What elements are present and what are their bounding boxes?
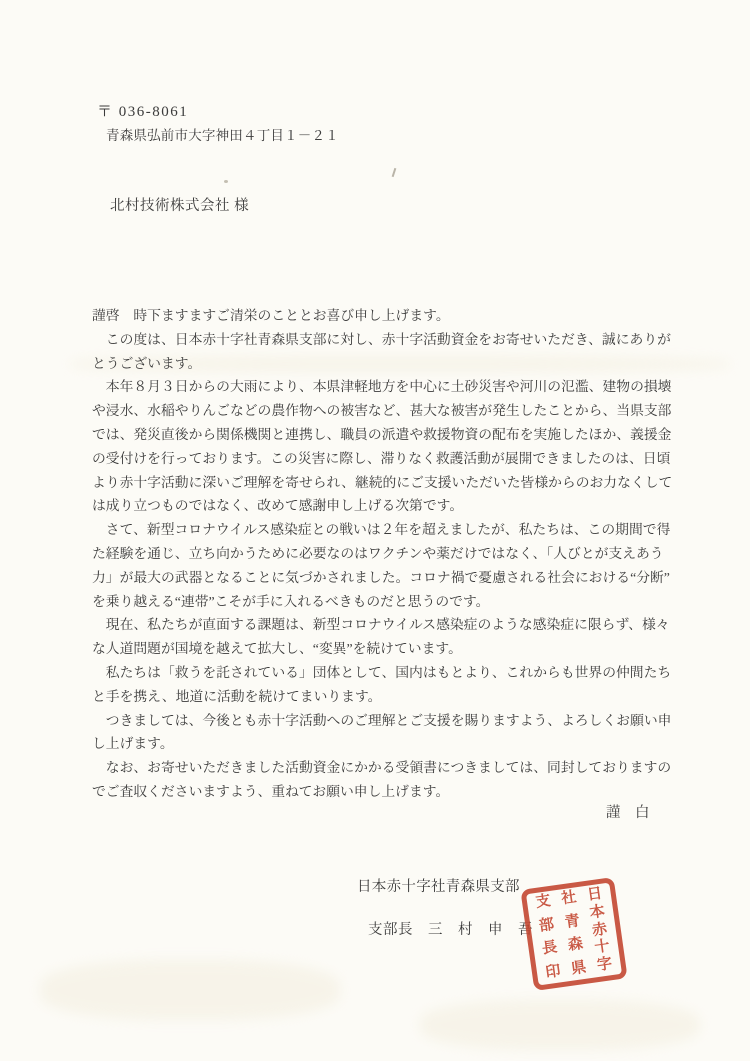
official-seal-stamp: 日本赤十字社青森県支部長印: [520, 877, 627, 991]
scan-artifact-blotch: [420, 1000, 700, 1050]
scan-speck: [224, 180, 228, 183]
body-text-line: と手を携え、地道に活動を続けてまいります。: [92, 685, 672, 709]
signature-organization: 日本赤十字社青森県支部: [357, 875, 520, 896]
body-text-line: な人道問題が国境を越えて拡大し、“変異”を続けています。: [92, 637, 672, 661]
body-text-line: では、発災直後から関係機関と連携し、職員の派遣や救援物資の配布を実施したほか、義…: [92, 423, 672, 447]
body-text-line: た経験を通じ、立ち向かうために必要なのはワクチンや薬だけではなく、「人びとが支え…: [92, 542, 672, 566]
body-text-line: や浸水、水稲やりんごなどの農作物への被害など、甚大な被害が発生したことから、当県…: [92, 399, 672, 423]
body-text-line: より赤十字活動に深いご理解を寄せられ、継続的にご支援いただいた皆様からのお力なく…: [92, 471, 672, 495]
letter-body: 謹啓 時下ますますご清栄のこととお喜び申し上げます。 この度は、日本赤十字社青森…: [92, 304, 672, 804]
body-text-line: さて、新型コロナウイルス感染症との戦いは２年を超えましたが、私たちは、この期間で…: [92, 518, 672, 542]
body-text-line: 謹啓 時下ますますご清栄のこととお喜び申し上げます。: [92, 304, 672, 328]
body-text-line: の受付けを行っております。この災害に際し、滞りなく救護活動が展開できましたのは、…: [92, 447, 672, 471]
body-text-line: とうございます。: [92, 352, 672, 376]
body-text-line: 力」が最大の武器となることに気づかされました。コロナ禍で憂慮される社会における“…: [92, 566, 672, 590]
body-text-line: 本年８月３日からの大雨により、本県津軽地方を中心に土砂災害や河川の氾濫、建物の損…: [92, 375, 672, 399]
body-text-line: は成り立つものではなく、改めて感謝申し上げる次第です。: [92, 494, 672, 518]
body-text-line: し上げます。: [92, 732, 672, 756]
scan-artifact-blotch: [40, 960, 340, 1020]
scan-speck: [392, 168, 397, 177]
body-text-line: でご査収くださいますよう、重ねてお願い申し上げます。: [92, 780, 672, 804]
closing-salutation: 謹 白: [606, 801, 650, 822]
body-text-line: 現在、私たちが直面する課題は、新型コロナウイルス感染症のような感染症に限らず、様…: [92, 613, 672, 637]
street-address: 青森県弘前市大字神田４丁目１－２１: [106, 124, 339, 144]
postal-code: 〒 036-8061: [97, 100, 188, 121]
body-text-line: つきましては、今後とも赤十字活動へのご理解とご支援を賜りますよう、よろしくお願い…: [92, 709, 672, 733]
signature-title-name: 支部長 三 村 申 吾: [368, 918, 533, 939]
recipient-name: 北村技術株式会社 様: [110, 194, 249, 215]
body-text-line: 私たちは「救うを託されている」団体として、国内はもとより、これからも世界の仲間た…: [92, 661, 672, 685]
body-text-line: なお、お寄せいただきました活動資金にかかる受領書につきましては、同封しております…: [92, 756, 672, 780]
scanned-letter-page: 〒 036-8061 青森県弘前市大字神田４丁目１－２１ 北村技術株式会社 様 …: [0, 0, 750, 1061]
body-text-line: この度は、日本赤十字社青森県支部に対し、赤十字活動資金をお寄せいただき、誠にあり…: [92, 328, 672, 352]
body-text-line: を乗り越える“連帯”こそが手に入れるべきものだと思うのです。: [92, 590, 672, 614]
